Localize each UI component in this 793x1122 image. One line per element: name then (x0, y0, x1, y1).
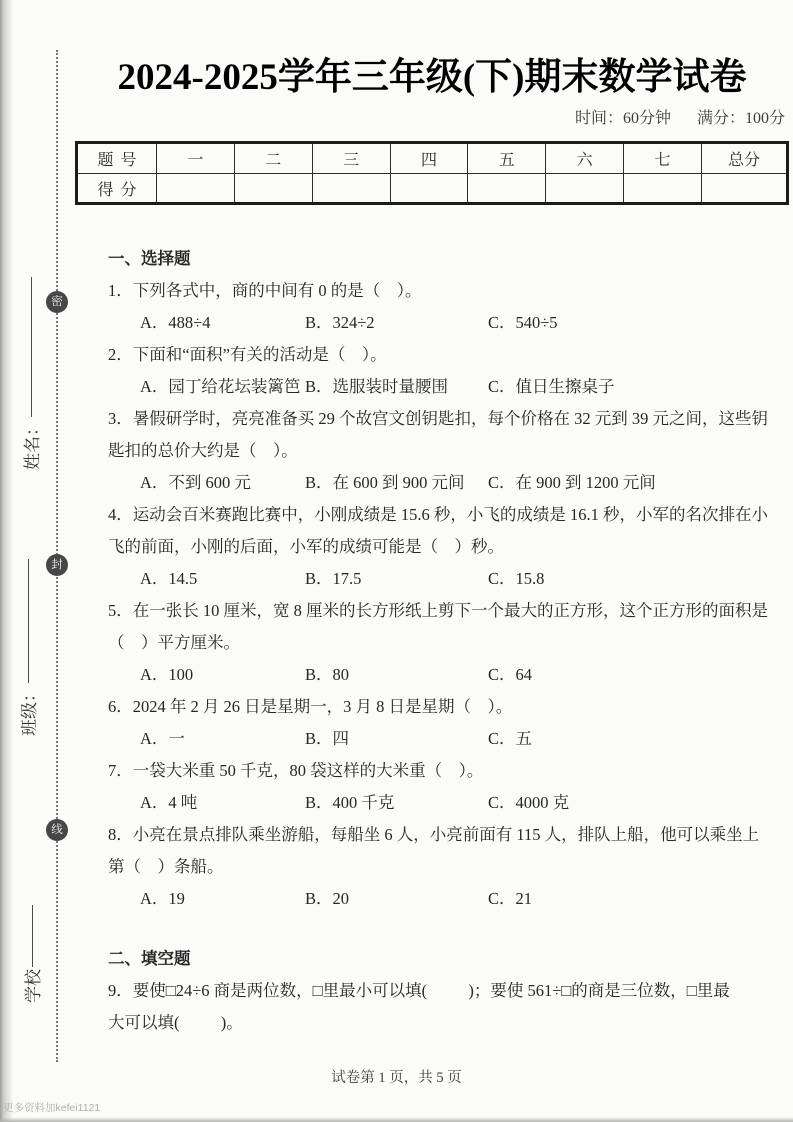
question: 4．运动会百米赛跑比赛中，小刚成绩是 15.6 秒，小飞的成绩是 16.1 秒，… (108, 499, 789, 595)
seal-stamp-xian: 线 (46, 819, 68, 841)
question: 9．要使□24÷6 商是两位数，□里最小可以填( )；要使 561÷□的商是三位… (108, 975, 789, 1039)
question: 2．下面和“面积”有关的活动是（ ）。A．园丁给花坛装篱笆B．选服装时量腰围C．… (108, 339, 789, 403)
score-table-header-cell: 六 (546, 143, 624, 174)
question-text-line: 飞的前面，小刚的后面，小军的成绩可能是（ ）秒。 (108, 531, 789, 563)
question-text-line: 匙扣的总价大约是（ ）。 (108, 435, 789, 467)
score-table-header-cell: 七 (624, 143, 702, 174)
question-text-line: 1．下列各式中，商的中间有 0 的是（ ）。 (108, 275, 789, 307)
option-c: C．15.8 (488, 563, 789, 595)
student-name-label: 姓名： (18, 419, 43, 470)
option-b: B．20 (305, 883, 488, 915)
option-a: A．园丁给花坛装篱笆 (140, 371, 305, 403)
option-c: C．在 900 到 1200 元间 (488, 467, 789, 499)
score-table-header-cell: 三 (312, 143, 390, 174)
section-heading: 一、选择题 (108, 243, 789, 275)
score-table-score-cell (624, 174, 702, 204)
option-a: A．不到 600 元 (140, 467, 305, 499)
option-c: C．64 (488, 659, 789, 691)
question-text-line: 第（ ）条船。 (108, 851, 789, 883)
question-text-line: 7．一袋大米重 50 千克，80 袋这样的大米重（ ）。 (108, 755, 789, 787)
option-a: A．14.5 (140, 563, 305, 595)
score-table-score-cell (234, 174, 312, 204)
time-limit-label: 时间：60分钟 (575, 108, 671, 130)
question-text-line: 4．运动会百米赛跑比赛中，小刚成绩是 15.6 秒，小飞的成绩是 16.1 秒，… (108, 499, 789, 531)
question: 3．暑假研学时，亮亮准备买 29 个故宫文创钥匙扣，每个价格在 32 元到 39… (108, 403, 789, 499)
score-table-corner-cell: 题号 (77, 143, 157, 174)
score-table-score-cell (468, 174, 546, 204)
options-row: A．园丁给花坛装篱笆B．选服装时量腰围C．值日生擦桌子 (108, 371, 789, 403)
option-c: C．4000 克 (488, 787, 789, 819)
option-b: B．在 600 到 900 元间 (305, 467, 488, 499)
page-bottom-edge-shadow (0, 1117, 793, 1122)
student-name-blank-line (29, 277, 32, 417)
option-b: B．四 (305, 723, 488, 755)
score-table-score-cell (312, 174, 390, 204)
page-left-edge-shadow (0, 0, 13, 1122)
question: 5．在一张长 10 厘米，宽 8 厘米的长方形纸上剪下一个最大的正方形，这个正方… (108, 595, 789, 691)
watermark-text: 更多资料加kefei1121 (3, 1100, 100, 1115)
student-school-label: 学校 (19, 969, 44, 1003)
option-b: B．17.5 (305, 563, 488, 595)
question-text-line: 大可以填( )。 (108, 1007, 789, 1039)
options-row: A．14.5B．17.5C．15.8 (108, 563, 789, 595)
exam-title: 2024-2025学年三年级(下)期末数学试卷 (75, 56, 789, 100)
student-class-blank-line (26, 559, 29, 683)
option-c: C．五 (488, 723, 789, 755)
question-section: 一、选择题1．下列各式中，商的中间有 0 的是（ ）。A．488÷4B．324÷… (108, 243, 789, 915)
option-c: C．值日生擦桌子 (488, 371, 789, 403)
option-a: A．488÷4 (140, 307, 305, 339)
score-table-score-cell (157, 174, 235, 204)
question-text-line: 2．下面和“面积”有关的活动是（ ）。 (108, 339, 789, 371)
questions-area: 一、选择题1．下列各式中，商的中间有 0 的是（ ）。A．488÷4B．324÷… (75, 243, 789, 1039)
exam-meta: 时间：60分钟 满分：100分 (75, 108, 789, 130)
score-table-score-cell (702, 174, 788, 204)
question-text-line: 3．暑假研学时，亮亮准备买 29 个故宫文创钥匙扣，每个价格在 32 元到 39… (108, 403, 789, 435)
student-school-field: 学校 (20, 901, 42, 1003)
options-row: A．488÷4B．324÷2C．540÷5 (108, 307, 789, 339)
score-table-score-row: 得分 (77, 174, 788, 204)
question: 7．一袋大米重 50 千克，80 袋这样的大米重（ ）。A．4 吨B．400 千… (108, 755, 789, 819)
score-table-header-cell: 二 (234, 143, 312, 174)
score-table-header-cell: 四 (390, 143, 468, 174)
option-a: A．19 (140, 883, 305, 915)
seal-stamp-mi: 密 (46, 291, 68, 313)
options-row: A．19B．20C．21 (108, 883, 789, 915)
question-text-line: （ ）平方厘米。 (108, 627, 789, 659)
option-c: C．540÷5 (488, 307, 789, 339)
question-text-line: 9．要使□24÷6 商是两位数，□里最小可以填( )；要使 561÷□的商是三位… (108, 975, 789, 1007)
section-heading: 二、填空题 (108, 943, 789, 975)
score-table-header-cell: 五 (468, 143, 546, 174)
options-row: A．不到 600 元B．在 600 到 900 元间C．在 900 到 1200… (108, 467, 789, 499)
seal-stamp-feng: 封 (46, 554, 68, 576)
option-b: B．80 (305, 659, 488, 691)
score-table-score-label: 得分 (77, 174, 157, 204)
question: 1．下列各式中，商的中间有 0 的是（ ）。A．488÷4B．324÷2C．54… (108, 275, 789, 339)
option-b: B．324÷2 (305, 307, 488, 339)
student-class-label: 班级： (15, 685, 40, 736)
main-content: 2024-2025学年三年级(下)期末数学试卷 时间：60分钟 满分：100分 … (75, 40, 789, 1039)
exam-page: 密 封 线 姓名： 班级： 学校 2024-2025学年三年级(下)期末数学试卷… (0, 0, 793, 1122)
full-score-label: 满分：100分 (697, 108, 785, 130)
score-table-header-cell: 总分 (702, 143, 788, 174)
option-b: B．选服装时量腰围 (305, 371, 488, 403)
option-a: A．一 (140, 723, 305, 755)
question: 8．小亮在景点排队乘坐游船，每船坐 6 人，小亮前面有 115 人，排队上船，他… (108, 819, 789, 915)
score-table-header-cell: 一 (157, 143, 235, 174)
student-name-field: 姓名： (19, 270, 41, 470)
score-table-score-cell (546, 174, 624, 204)
question-text-line: 8．小亮在景点排队乘坐游船，每船坐 6 人，小亮前面有 115 人，排队上船，他… (108, 819, 789, 851)
options-row: A．一B．四C．五 (108, 723, 789, 755)
question: 6．2024 年 2 月 26 日是星期一，3 月 8 日是星期（ ）。A．一B… (108, 691, 789, 755)
question-text-line: 5．在一张长 10 厘米，宽 8 厘米的长方形纸上剪下一个最大的正方形，这个正方… (108, 595, 789, 627)
score-table-header-row: 题号一二三四五六七总分 (77, 143, 788, 174)
option-a: A．4 吨 (140, 787, 305, 819)
option-a: A．100 (140, 659, 305, 691)
score-table-score-cell (390, 174, 468, 204)
student-school-blank-line (30, 905, 33, 967)
page-footer: 试卷第 1 页，共 5 页 (0, 1066, 793, 1090)
question-section: 二、填空题9．要使□24÷6 商是两位数，□里最小可以填( )；要使 561÷□… (108, 943, 789, 1039)
option-c: C．21 (488, 883, 789, 915)
options-row: A．4 吨B．400 千克C．4000 克 (108, 787, 789, 819)
student-class-field: 班级： (16, 554, 38, 736)
question-text-line: 6．2024 年 2 月 26 日是星期一，3 月 8 日是星期（ ）。 (108, 691, 789, 723)
options-row: A．100B．80C．64 (108, 659, 789, 691)
score-table: 题号一二三四五六七总分 得分 (75, 141, 789, 205)
option-b: B．400 千克 (305, 787, 488, 819)
